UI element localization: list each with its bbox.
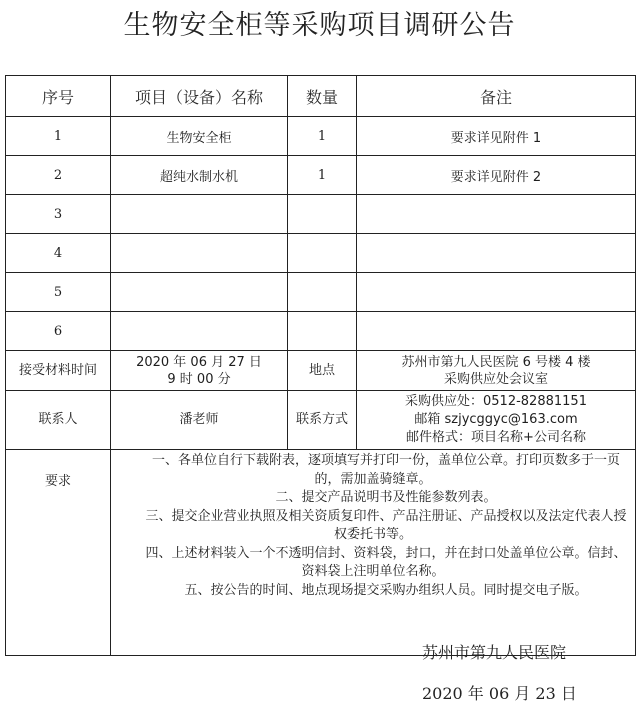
receive-time-value: 2020 年 06 月 27 日 9 时 00 分: [111, 351, 288, 391]
requirements-label: 要求: [6, 450, 111, 656]
requirements-row: 要求 一、各单位自行下载附表，逐项填写并打印一份，盖单位公章。打印页数多于一页的…: [6, 450, 636, 656]
mail-format: 邮件格式：项目名称+公司名称: [357, 429, 635, 447]
row-seq: 4: [6, 234, 111, 273]
contact-phone: 采购供应处：0512-82881151: [357, 393, 635, 411]
table-row: 3: [6, 195, 636, 234]
row-name: [111, 234, 288, 273]
header-note: 备注: [357, 76, 636, 117]
row-name: 生物安全柜: [111, 117, 288, 156]
row-qty: [288, 234, 357, 273]
contact-person-value: 潘老师: [111, 391, 288, 450]
contact-method-label: 联系方式: [288, 391, 357, 450]
requirement-item: 一、各单位自行下载附表，逐项填写并打印一份，盖单位公章。打印页数多于一页的，需加…: [115, 452, 631, 489]
requirements-content: 一、各单位自行下载附表，逐项填写并打印一份，盖单位公章。打印页数多于一页的，需加…: [111, 450, 636, 656]
header-seq: 序号: [6, 76, 111, 117]
row-qty: [288, 312, 357, 351]
row-note: [357, 312, 636, 351]
row-name: 超纯水制水机: [111, 156, 288, 195]
row-seq: 5: [6, 273, 111, 312]
row-note: 要求详见附件 1: [357, 117, 636, 156]
place-room: 采购供应处会议室: [357, 371, 635, 388]
row-name: [111, 312, 288, 351]
row-seq: 6: [6, 312, 111, 351]
row-seq: 3: [6, 195, 111, 234]
row-qty: 1: [288, 117, 357, 156]
table-row: 5: [6, 273, 636, 312]
row-seq: 1: [6, 117, 111, 156]
receive-hour: 9 时 00 分: [111, 371, 287, 388]
procurement-table: 序号 项目（设备）名称 数量 备注 1 生物安全柜 1 要求详见附件 1 2 超…: [5, 75, 636, 656]
row-qty: [288, 195, 357, 234]
table-row: 2 超纯水制水机 1 要求详见附件 2: [6, 156, 636, 195]
table-header-row: 序号 项目（设备）名称 数量 备注: [6, 76, 636, 117]
contact-method-value: 采购供应处：0512-82881151 邮箱 szjycggyc@163.com…: [357, 391, 636, 450]
requirement-item: 五、按公告的时间、地点现场提交采购办组织人员。同时提交电子版。: [115, 582, 631, 601]
issue-date: 2020 年 06 月 23 日: [422, 681, 577, 704]
header-qty: 数量: [288, 76, 357, 117]
row-seq: 2: [6, 156, 111, 195]
table-row: 1 生物安全柜 1 要求详见附件 1: [6, 117, 636, 156]
row-note: [357, 195, 636, 234]
issuing-organization: 苏州市第九人民医院: [422, 640, 566, 663]
requirement-item: 三、提交企业营业执照及相关资质复印件、产品注册证、产品授权以及法定代表人授权委托…: [115, 508, 631, 545]
requirement-item: 四、上述材料装入一个不透明信封、资料袋，封口，并在封口处盖单位公章。信封、资料袋…: [115, 545, 631, 582]
document-title: 生物安全柜等采购项目调研公告: [0, 3, 639, 42]
place-value: 苏州市第九人民医院 6 号楼 4 楼 采购供应处会议室: [357, 351, 636, 391]
contact-row: 联系人 潘老师 联系方式 采购供应处：0512-82881151 邮箱 szjy…: [6, 391, 636, 450]
table-row: 4: [6, 234, 636, 273]
row-qty: 1: [288, 156, 357, 195]
row-note: 要求详见附件 2: [357, 156, 636, 195]
header-name: 项目（设备）名称: [111, 76, 288, 117]
place-label: 地点: [288, 351, 357, 391]
requirement-item: 二、提交产品说明书及性能参数列表。: [115, 489, 631, 508]
receive-time-row: 接受材料时间 2020 年 06 月 27 日 9 时 00 分 地点 苏州市第…: [6, 351, 636, 391]
row-note: [357, 234, 636, 273]
row-note: [357, 273, 636, 312]
row-name: [111, 195, 288, 234]
contact-person-label: 联系人: [6, 391, 111, 450]
row-name: [111, 273, 288, 312]
contact-email[interactable]: 邮箱 szjycggyc@163.com: [357, 411, 635, 429]
row-qty: [288, 273, 357, 312]
receive-time-label: 接受材料时间: [6, 351, 111, 391]
receive-date: 2020 年 06 月 27 日: [111, 354, 287, 371]
table-row: 6: [6, 312, 636, 351]
place-address: 苏州市第九人民医院 6 号楼 4 楼: [357, 354, 635, 371]
